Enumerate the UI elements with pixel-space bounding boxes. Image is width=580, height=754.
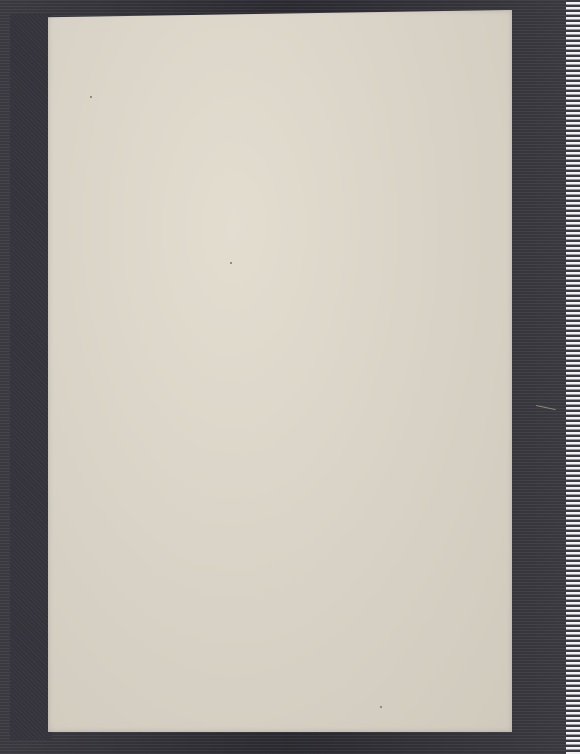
paper-speck xyxy=(90,96,92,98)
book-spine-cloth xyxy=(10,14,52,740)
book-cover-paper xyxy=(48,10,512,732)
paper-speck xyxy=(230,262,232,264)
textured-edge-strip xyxy=(566,0,580,754)
paper-speck xyxy=(380,706,382,708)
